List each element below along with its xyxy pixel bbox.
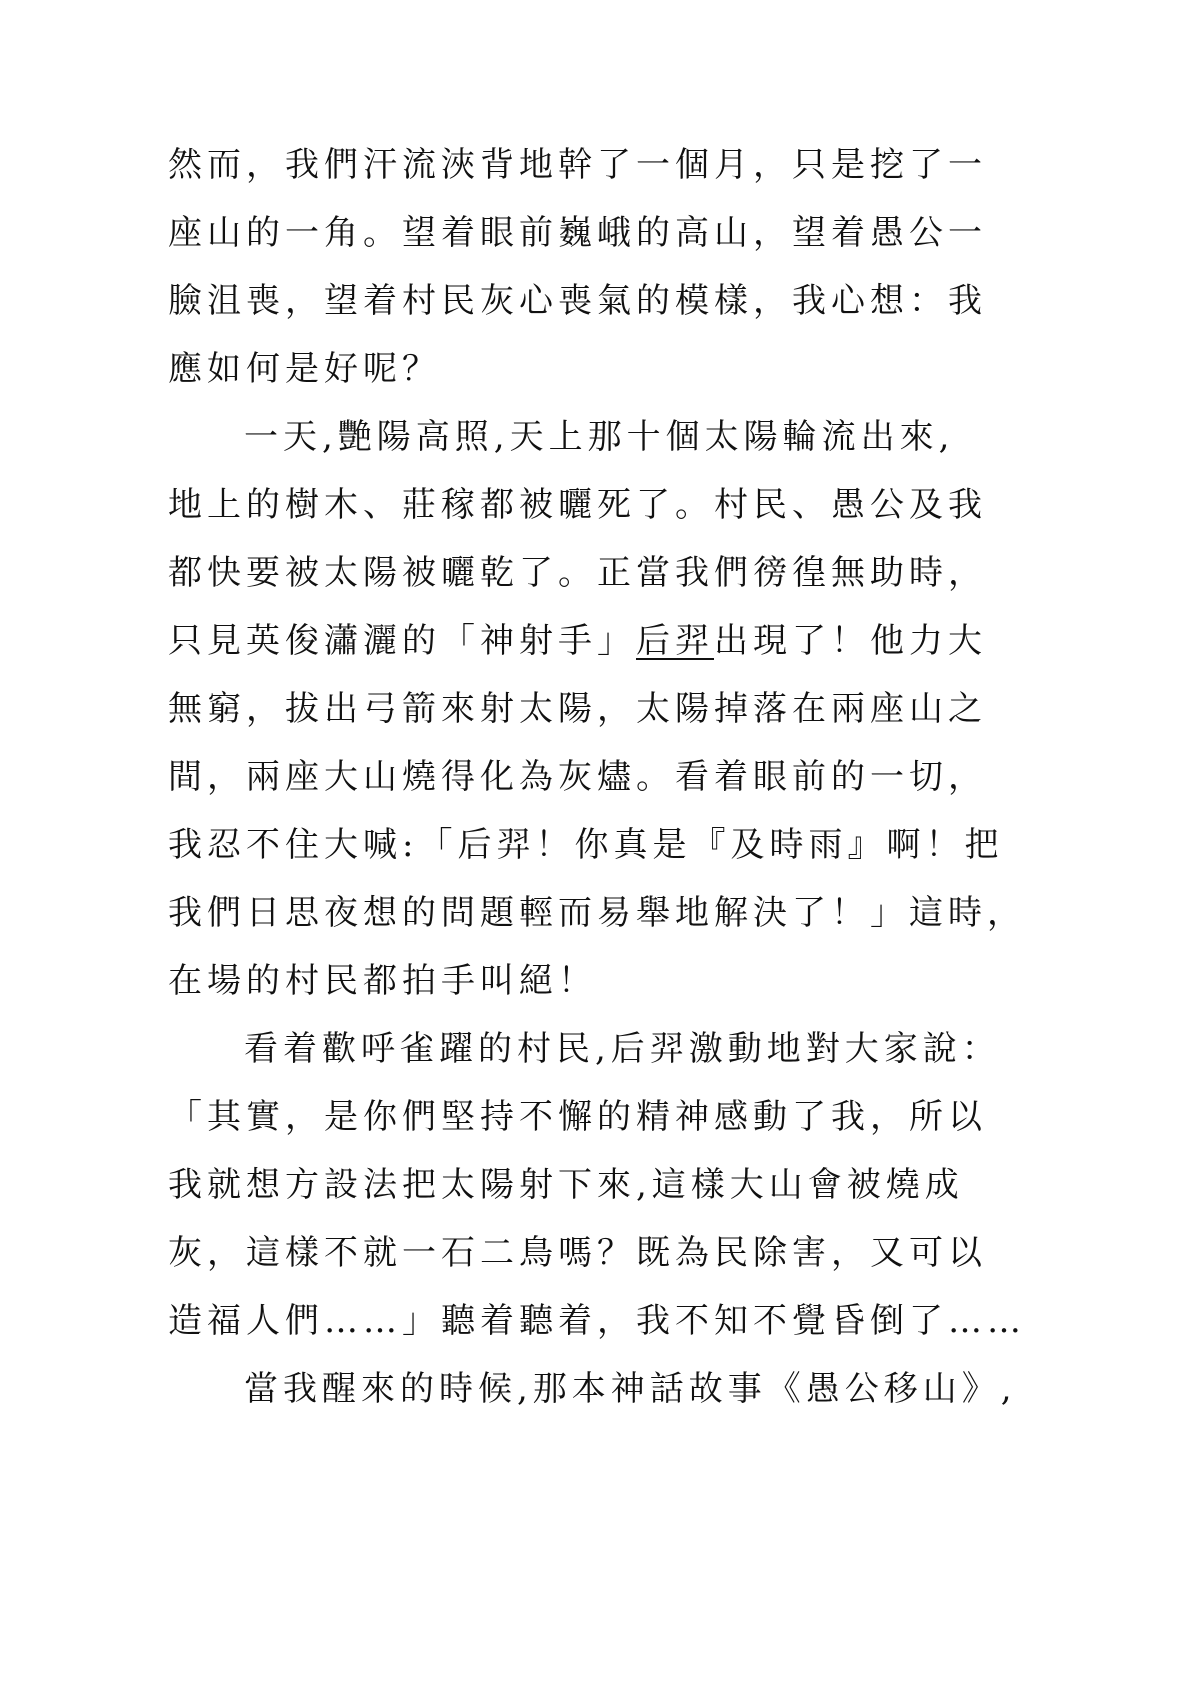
paragraph-start-line: 當我醒來的時候,那本神話故事《愚公移山》, — [244, 1364, 1017, 1414]
underlined-name: 后羿 — [636, 621, 714, 661]
text-segment: 出現了！他力大 — [714, 621, 987, 661]
text-line: 「其實，是你們堅持不懈的精神感動了我，所以 — [168, 1092, 987, 1142]
text-line: 我忍不住大喊:「后羿！你真是『及時雨』啊！把 — [168, 820, 1003, 870]
text-line: 灰，這樣不就一石二鳥嗎？既為民除害，又可以 — [168, 1228, 987, 1278]
text-line: 然而，我們汗流浹背地幹了一個月，只是挖了一 — [168, 140, 987, 190]
text-line: 都快要被太陽被曬乾了。正當我們徬徨無助時， — [168, 548, 987, 598]
text-line: 無窮，拔出弓箭來射太陽，太陽掉落在兩座山之 — [168, 684, 987, 734]
text-segment: 只見英俊瀟灑的「神射手」 — [168, 621, 636, 661]
text-line: 間，兩座大山燒得化為灰燼。看着眼前的一切， — [168, 752, 987, 802]
text-line: 在場的村民都拍手叫絕！ — [168, 956, 597, 1006]
text-line: 地上的樹木、莊稼都被曬死了。村民、愚公及我 — [168, 480, 987, 530]
document-page: 然而，我們汗流浹背地幹了一個月，只是挖了一 座山的一角。望着眼前巍峨的高山，望着… — [0, 0, 1202, 1700]
paragraph-start-line: 一天,艷陽高照,天上那十個太陽輪流出來, — [244, 412, 954, 462]
text-line: 座山的一角。望着眼前巍峨的高山，望着愚公一 — [168, 208, 987, 258]
text-line: 臉沮喪，望着村民灰心喪氣的模樣，我心想：我 — [168, 276, 987, 326]
text-line: 我們日思夜想的問題輕而易舉地解決了！」這時， — [168, 888, 1026, 938]
text-line: 只見英俊瀟灑的「神射手」后羿出現了！他力大 — [168, 616, 987, 666]
paragraph-start-line: 看着歡呼雀躍的村民,后羿激動地對大家說： — [244, 1024, 1001, 1074]
text-line: 應如何是好呢？ — [168, 344, 441, 394]
text-line: 我就想方設法把太陽射下來,這樣大山會被燒成 — [168, 1160, 964, 1210]
text-line: 造福人們……」聽着聽着，我不知不覺昏倒了…… — [168, 1296, 1026, 1346]
